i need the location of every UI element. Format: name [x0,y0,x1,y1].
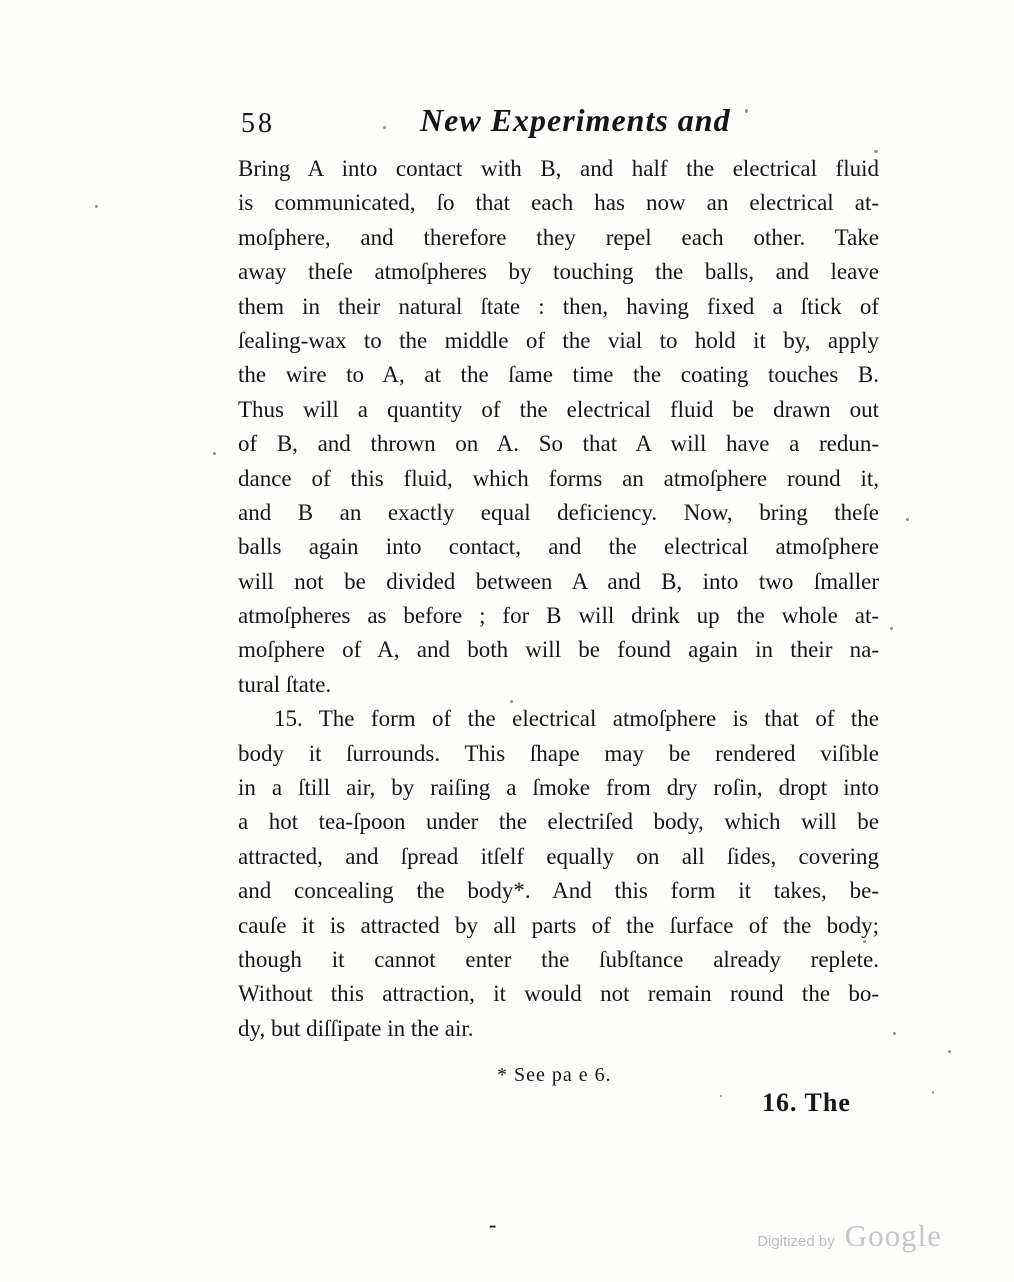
text-line: dance of this fluid, which forms an atmo… [238,462,879,496]
book-page-scan: 58 New Experiments and Bring A into cont… [0,0,1014,1282]
text-line: a hot tea-ſpoon under the electriſed bod… [238,805,879,839]
text-line: them in their natural ſtate : then, havi… [238,290,879,324]
text-line: is communicated, ſo that each has now an… [238,186,879,220]
text-line: in a ſtill air, by raiſing a ſmoke from … [238,771,879,805]
body-text: Bring A into contact with B, and half th… [238,152,879,1046]
text-line: attracted, and ſpread itſelf equally on … [238,840,879,874]
page-number: 58 [241,108,275,140]
text-line: cauſe it is attracted by all parts of th… [238,909,879,943]
text-line: body it ſurrounds. This ſhape may be ren… [238,737,879,771]
text-line: the wire to A, at the ſame time the coat… [238,358,879,392]
text-line-paragraph-end: tural ſtate. [238,668,879,702]
footnote: * See pa e 6. [497,1064,612,1087]
text-line: away theſe atmoſpheres by touching the b… [238,255,879,289]
text-line: moſphere, and therefore they repel each … [238,221,879,255]
text-line: Thus will a quantity of the electrical f… [238,393,879,427]
text-line: of B, and thrown on A. So that A will ha… [238,427,879,461]
text-line: ſealing-wax to the middle of the vial to… [238,324,879,358]
text-line-section-15-start: 15. The form of the electrical atmoſpher… [238,702,879,736]
running-header-title: New Experiments and [420,102,731,139]
text-line: will not be divided between A and B, int… [238,565,879,599]
stray-ink-mark: - [489,1212,496,1238]
text-line: balls again into contact, and the electr… [238,530,879,564]
text-line: moſphere of A, and both will be found ag… [238,633,879,667]
text-line: Without this attraction, it would not re… [238,977,879,1011]
text-line-paragraph-end: dy, but diſſipate in the air. [238,1012,879,1046]
google-logo: Google [845,1218,942,1254]
text-line: and B an exactly equal deficiency. Now, … [238,496,879,530]
text-line: atmoſpheres as before ; for B will drink… [238,599,879,633]
text-line: Bring A into contact with B, and half th… [238,152,879,186]
catchword: 16. The [762,1088,851,1118]
watermark-prefix-label: Digitized by [757,1233,835,1250]
text-line: though it cannot enter the ſubſtance alr… [238,943,879,977]
digitized-watermark: Digitized by Google [757,1218,942,1254]
text-line: and concealing the body*. And this form … [238,874,879,908]
